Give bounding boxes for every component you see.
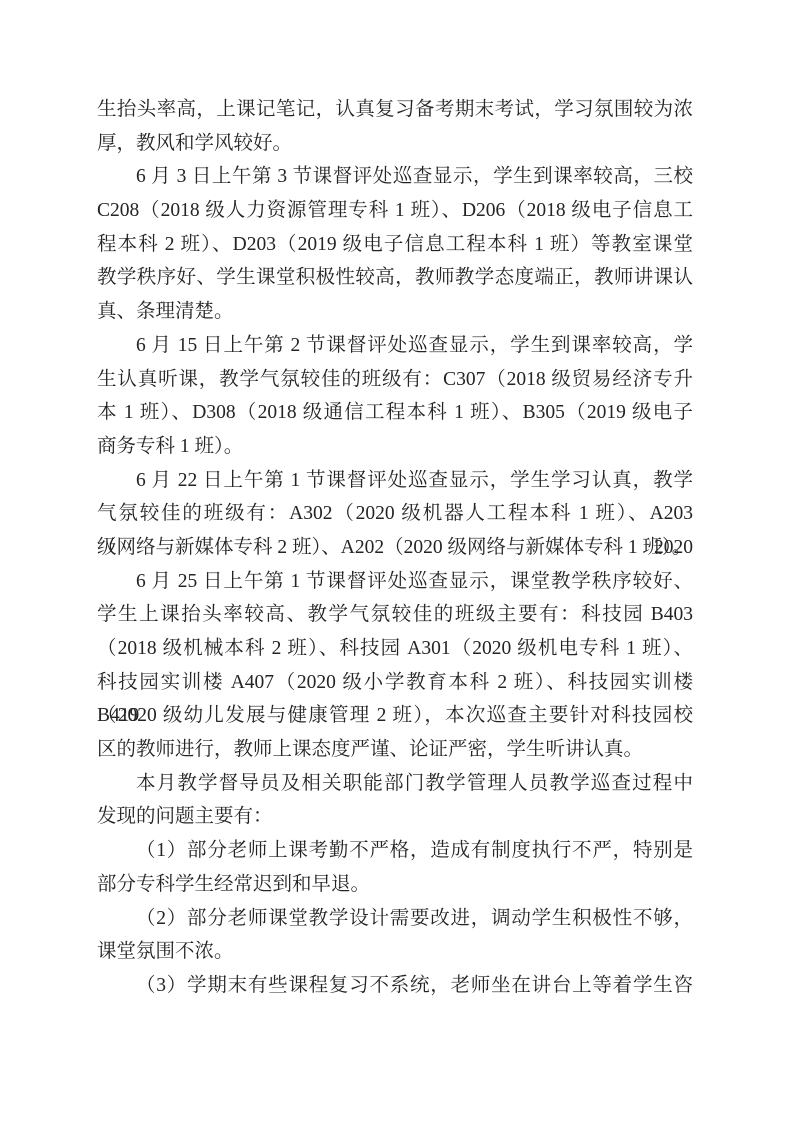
- text-line: 部分专科学生经常迟到和早退。: [97, 868, 693, 902]
- text-line: 学生上课抬头率较高、教学气氛较佳的班级主要有：科技园 B403: [97, 598, 693, 632]
- text-line: （2020 级幼儿发展与健康管理 2 班），本次巡查主要针对科技园校: [97, 699, 693, 733]
- text-line: 厚，教风和学风较好。: [97, 127, 693, 161]
- text-line: 6 月 25 日上午第 1 节课督评处巡查显示，课堂教学秩序较好、: [97, 565, 693, 599]
- text-line: 真、条理清楚。: [97, 295, 693, 329]
- text-line: （3）学期末有些课程复习不系统，老师坐在讲台上等着学生咨: [97, 969, 693, 1003]
- text-line: 生抬头率高，上课记笔记，认真复习备考期末考试，学习氛围较为浓: [97, 93, 693, 127]
- text-line: 发现的问题主要有：: [97, 800, 693, 834]
- text-line: 6 月 3 日上午第 3 节课督评处巡查显示，学生到课率较高，三校: [97, 160, 693, 194]
- text-line: 气氛较佳的班级有：A302（2020 级机器人工程本科 1 班）、A203（20…: [97, 497, 693, 531]
- document-text-block: 生抬头率高，上课记笔记，认真复习备考期末考试，学习氛围较为浓厚，教风和学风较好。…: [97, 93, 693, 1003]
- text-line: （2）部分老师课堂教学设计需要改进，调动学生积极性不够，: [97, 902, 693, 936]
- text-line: 6 月 15 日上午第 2 节课督评处巡查显示，学生到课率较高，学: [97, 329, 693, 363]
- text-line: 程本科 2 班）、D203（2019 级电子信息工程本科 1 班）等教室课堂: [97, 228, 693, 262]
- text-line: 级网络与新媒体专科 2 班）、A202（2020 级网络与新媒体专科 1 班）。: [97, 531, 693, 565]
- text-line: 区的教师进行，教师上课态度严谨、论证严密，学生听讲认真。: [97, 733, 693, 767]
- text-line: 课堂氛围不浓。: [97, 935, 693, 969]
- text-line: C208（2018 级人力资源管理专科 1 班）、D206（2018 级电子信息…: [97, 194, 693, 228]
- text-line: （1）部分老师上课考勤不严格，造成有制度执行不严，特别是: [97, 834, 693, 868]
- document-page: 生抬头率高，上课记笔记，认真复习备考期末考试，学习氛围较为浓厚，教风和学风较好。…: [0, 0, 793, 1122]
- text-line: 生认真听课，教学气氛较佳的班级有：C307（2018 级贸易经济专升: [97, 363, 693, 397]
- text-line: 6 月 22 日上午第 1 节课督评处巡查显示，学生学习认真，教学: [97, 464, 693, 498]
- text-line: 本月教学督导员及相关职能部门教学管理人员教学巡查过程中: [97, 767, 693, 801]
- text-line: 教学秩序好、学生课堂积极性较高，教师教学态度端正，教师讲课认: [97, 261, 693, 295]
- text-line: （2018 级机械本科 2 班）、科技园 A301（2020 级机电专科 1 班…: [97, 632, 693, 666]
- text-line: 本 1 班）、D308（2018 级通信工程本科 1 班）、B305（2019 …: [97, 396, 693, 430]
- text-line: 商务专科 1 班）。: [97, 430, 693, 464]
- text-line: 科技园实训楼 A407（2020 级小学教育本科 2 班）、科技园实训楼 B41…: [97, 666, 693, 700]
